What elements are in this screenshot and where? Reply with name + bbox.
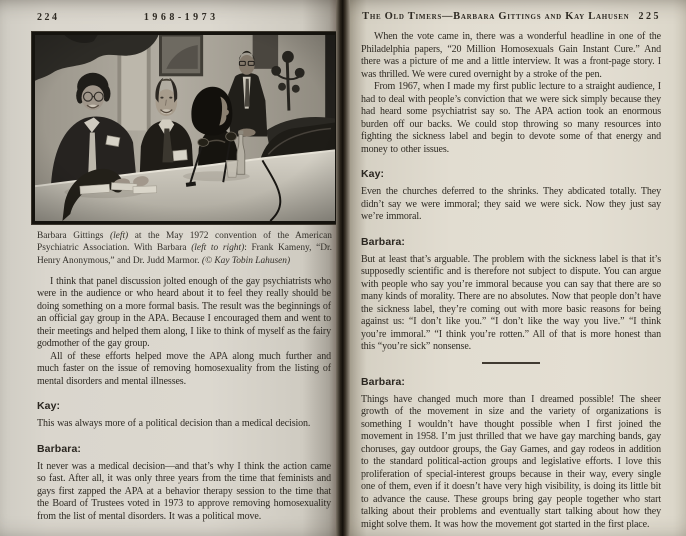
left-page-number: 224 bbox=[37, 12, 60, 23]
book-gutter bbox=[336, 0, 350, 536]
book-spread: 224 1968-1973 bbox=[0, 0, 686, 536]
photo-vignette bbox=[35, 35, 335, 221]
right-running-head: The Old Timers—Barbara Gittings and Kay … bbox=[361, 11, 661, 22]
left-running-head: 224 1968-1973 bbox=[37, 12, 331, 23]
panel-photo-illustration bbox=[35, 35, 335, 221]
panel-photo bbox=[32, 32, 338, 224]
speaker-heading-kay: Kay: bbox=[37, 400, 331, 412]
left-page: 224 1968-1973 bbox=[0, 0, 336, 536]
photo-figure: Barbara Gittings (left) at the May 1972 … bbox=[32, 32, 331, 267]
speaker-heading-kay: Kay: bbox=[361, 168, 661, 180]
speaker-text: It never was a medical decision—and that… bbox=[37, 461, 331, 524]
section-divider bbox=[482, 362, 540, 364]
left-running-title: 1968-1973 bbox=[60, 12, 332, 23]
speaker-heading-barbara: Barbara: bbox=[37, 443, 331, 455]
photo-caption: Barbara Gittings (left) at the May 1972 … bbox=[37, 230, 332, 267]
speaker-text: But at least that’s arguable. The proble… bbox=[361, 254, 661, 354]
speaker-heading-barbara: Barbara: bbox=[361, 376, 661, 388]
paragraph: I think that panel discussion jolted eno… bbox=[37, 276, 331, 351]
right-page: The Old Timers—Barbara Gittings and Kay … bbox=[350, 0, 686, 536]
speaker-text: This was always more of a political deci… bbox=[37, 418, 331, 431]
paragraph: When the vote came in, there was a wonde… bbox=[361, 31, 661, 81]
paragraph: All of these efforts helped move the APA… bbox=[37, 351, 331, 389]
speaker-text: Things have changed much more than I dre… bbox=[361, 394, 661, 532]
speaker-heading-barbara: Barbara: bbox=[361, 236, 661, 248]
right-running-title: The Old Timers—Barbara Gittings and Kay … bbox=[361, 11, 631, 22]
speaker-text: Even the churches deferred to the shrink… bbox=[361, 186, 661, 224]
paragraph: From 1967, when I made my first public l… bbox=[361, 81, 661, 156]
right-page-number: 225 bbox=[639, 11, 662, 22]
